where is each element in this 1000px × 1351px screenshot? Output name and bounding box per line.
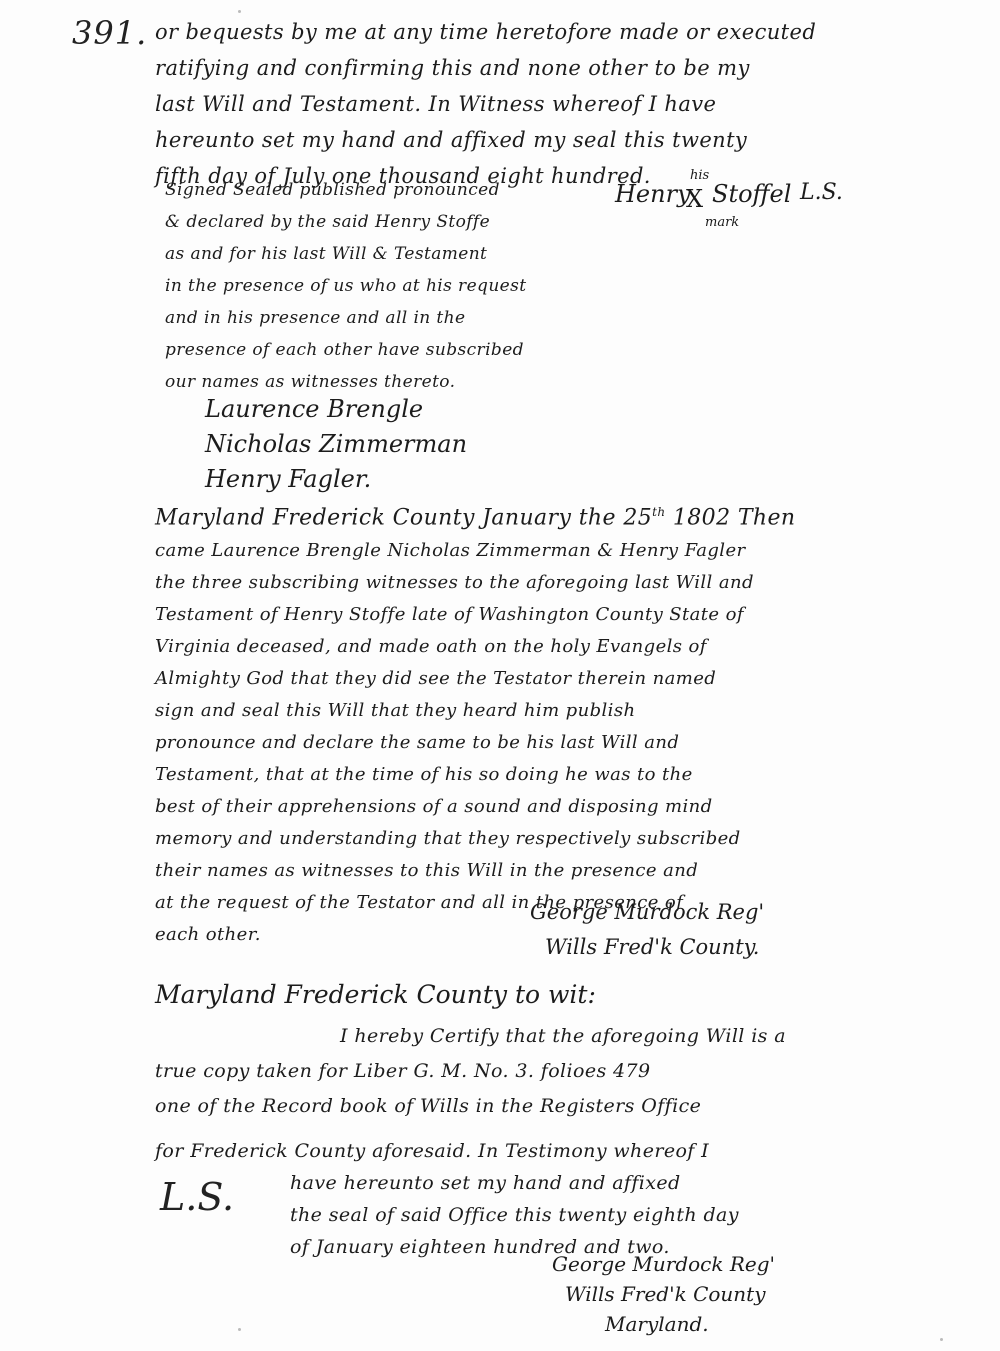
scan-speck	[238, 1328, 241, 1331]
folio-number: 391.	[72, 14, 147, 52]
probate-line: pronounce and declare the same to be his…	[155, 732, 679, 753]
will-line: or bequests by me at any time heretofore…	[155, 20, 816, 44]
probate-line: sign and seal this Will that they heard …	[155, 700, 635, 721]
probate-line: their names as witnesses to this Will in…	[155, 860, 698, 881]
certificate-line: the seal of said Office this twenty eigh…	[290, 1204, 739, 1226]
seal-mark-icon: L.S.	[160, 1175, 234, 1219]
date-suffix: th	[652, 505, 665, 519]
register-signature-name: George Murdock Reg'	[530, 900, 764, 924]
probate-date-text: Maryland Frederick County January the 25	[155, 505, 652, 530]
certificate-heading: Maryland Frederick County to wit:	[155, 980, 596, 1009]
x-mark-icon: X	[686, 185, 703, 213]
testator-seal: L.S.	[800, 180, 843, 205]
certificate-line: for Frederick County aforesaid. In Testi…	[155, 1140, 709, 1162]
probate-year-text: 1802 Then	[665, 505, 795, 530]
attestation-line: in the presence of us who at his request	[165, 276, 527, 296]
testator-first-name: Henry	[615, 180, 691, 208]
attestation-line: presence of each other have subscribed	[165, 340, 524, 360]
certificate-line: true copy taken for Liber G. M. No. 3. f…	[155, 1060, 651, 1082]
probate-line: the three subscribing witnesses to the a…	[155, 572, 754, 593]
probate-line: Almighty God that they did see the Testa…	[155, 668, 716, 689]
probate-line: Testament, that at the time of his so do…	[155, 764, 693, 785]
witness-name: Henry Fagler.	[205, 465, 371, 493]
certificate-register-title: Wills Fred'k County	[565, 1282, 766, 1306]
probate-line: memory and understanding that they respe…	[155, 828, 741, 849]
probate-line: Testament of Henry Stoffe late of Washin…	[155, 604, 744, 625]
attestation-line: & declared by the said Henry Stoffe	[165, 212, 490, 232]
scan-speck	[238, 10, 241, 13]
probate-line: each other.	[155, 924, 261, 945]
document-page: 391. or bequests by me at any time heret…	[0, 0, 1000, 1351]
attestation-line: and in his presence and all in the	[165, 308, 465, 328]
will-line: hereunto set my hand and affixed my seal…	[155, 128, 747, 152]
testator-last-name: Stoffel	[712, 180, 791, 208]
scan-speck	[940, 1338, 943, 1341]
mark-label: mark	[705, 215, 739, 230]
certificate-register-state: Maryland.	[605, 1312, 709, 1336]
his-label: his	[690, 168, 709, 183]
certificate-line: I hereby Certify that the aforegoing Wil…	[340, 1025, 786, 1047]
attestation-line: our names as witnesses thereto.	[165, 372, 455, 392]
probate-line: came Laurence Brengle Nicholas Zimmerman…	[155, 540, 746, 561]
attestation-line: as and for his last Will & Testament	[165, 244, 487, 264]
certificate-line: one of the Record book of Wills in the R…	[155, 1095, 701, 1117]
witness-name: Nicholas Zimmerman	[205, 430, 467, 458]
certificate-register-name: George Murdock Reg'	[552, 1252, 775, 1276]
will-line: ratifying and confirming this and none o…	[155, 56, 750, 80]
probate-first-line: Maryland Frederick County January the 25…	[155, 505, 796, 530]
will-line: last Will and Testament. In Witness wher…	[155, 92, 716, 116]
attestation-line: Signed Sealed published pronounced	[165, 180, 500, 200]
probate-line: Virginia deceased, and made oath on the …	[155, 636, 707, 657]
probate-line: best of their apprehensions of a sound a…	[155, 796, 713, 817]
register-signature-title: Wills Fred'k County.	[545, 935, 759, 959]
witness-name: Laurence Brengle	[205, 395, 423, 423]
certificate-line: have hereunto set my hand and affixed	[290, 1172, 681, 1194]
